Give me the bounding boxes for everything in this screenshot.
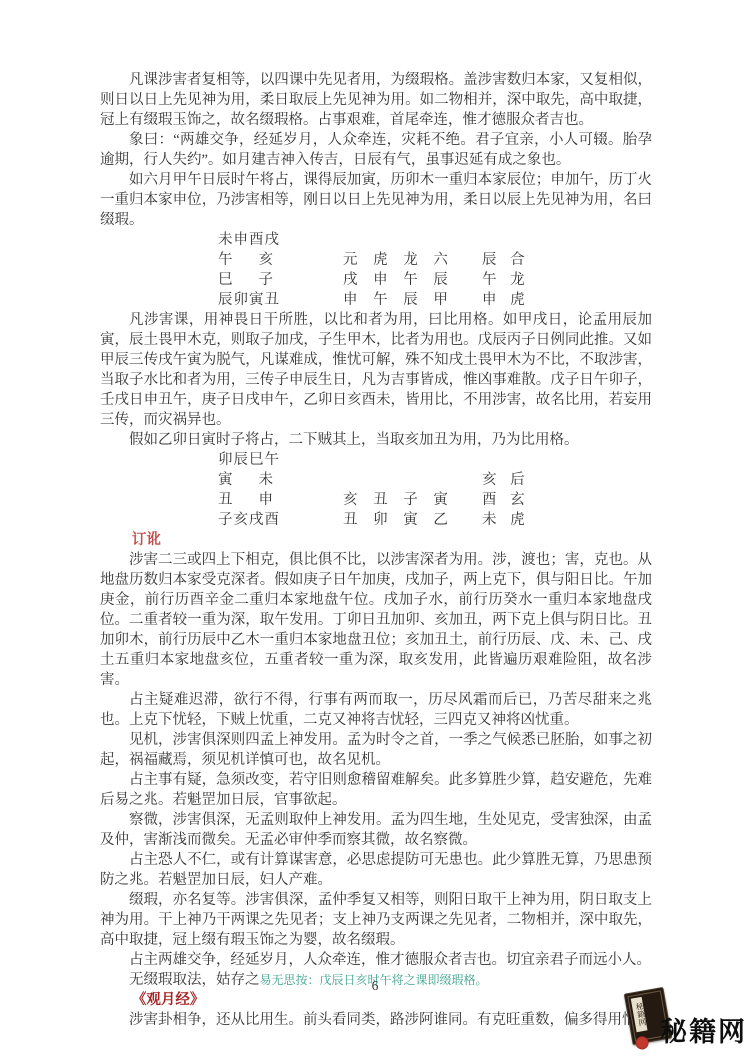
diagram2-cell: 亥 丑 子 寅 (343, 490, 482, 510)
diagram2-cell: 申 (259, 492, 275, 508)
liuren-diagram-2: 卯辰巳午 寅未 亥 后 丑申 亥 丑 子 寅 酉 玄 子亥戌酉 丑 卯 寅 乙 … (100, 450, 652, 530)
paragraph-zhan-liangxiong: 占主两雄交争，经延岁月，人众牵连，惟才德服众者吉也。切宜亲君子而远小人。 (100, 950, 652, 970)
paragraph-zhuixia-define: 缀瑕，亦名复等。涉害俱深，孟仲季复又相等，则阳日取干上神为用，阴日取支上神为用。… (100, 890, 652, 950)
diagram1-row-1: 午亥 元 虎 龙 六 辰 合 (100, 250, 652, 270)
watermark-brand-text: 秘籍网 (660, 1010, 747, 1049)
paragraph-zhan-yinan: 占主疑难迟滞，欲行不得，行事有两而取一，历尽风霜而后已，乃苦尽甜来之兆也。上克下… (100, 690, 652, 730)
paragraph-biyong: 凡涉害课，用神畏日干所胜，以比和者为用，曰比用格。如甲戌日，论孟用辰加寅，辰土畏… (100, 310, 652, 430)
diagram1-cell: 申 虎 (482, 290, 525, 310)
diagram1-row-3: 辰卯寅丑 申 午 辰 甲 申 虎 (100, 290, 652, 310)
diagram2-cell: 未 虎 (482, 510, 525, 530)
diagram1-cell: 子 (259, 272, 275, 288)
diagram2-cell: 丑 (218, 492, 234, 508)
paragraph-example-jiawu: 如六月甲午日辰时午将占，课得辰加寅，历卯木一重归本家辰位；申加午，历丁火一重归本… (100, 170, 652, 230)
diagram2-row-1: 寅未 亥 后 (100, 470, 652, 490)
document-page: 凡课涉害者复相等，以四课中先见者用，为缀瑕格。盖涉害数归本家，又复相似，则日以日… (0, 0, 750, 1060)
diagram2-row-2: 丑申 亥 丑 子 寅 酉 玄 (100, 490, 652, 510)
paragraph-shehai-explain: 涉害二三或四上下相克，俱比俱不比，以涉害深者为用。涉，渡也；害，克也。从地盘历数… (100, 550, 652, 690)
diagram1-cell: 亥 (259, 252, 275, 268)
diagram1-cell: 午 龙 (482, 270, 525, 290)
diagram2-cell: 酉 玄 (482, 490, 525, 510)
diagram1-cell: 午 (218, 252, 234, 268)
section-heading-dinge: 订讹 (100, 530, 652, 550)
paragraph-zhan-shiyouyi: 占主事有疑，急须改变，若守旧则愈稽留难解矣。此多算胜少算，趋安避危，先难后易之兆… (100, 770, 652, 810)
diagram1-cell: 申 午 辰 甲 (343, 290, 482, 310)
diagram1-top-row: 未申酉戌 (100, 230, 652, 250)
diagram2-top-row: 卯辰巳午 (100, 450, 652, 470)
paragraph-xiangyue: 象曰：“两雄交争，经延岁月，人众牵连，灾耗不绝。君子宜亲，小人可辍。胎孕逾期，行… (100, 130, 652, 170)
diagram1-top-branches: 未申酉戌 (218, 230, 343, 250)
page-content: 凡课涉害者复相等，以四课中先见者用，为缀瑕格。盖涉害数归本家，又复相似，则日以日… (100, 70, 652, 1030)
diagram1-cell: 戌 申 午 辰 (343, 270, 482, 290)
paragraph-jianji: 见机，涉害俱深则四孟上神发用。孟为时令之首，一季之气候悉已胚胎，如事之初起，祸福… (100, 730, 652, 770)
paragraph-example-yimao: 假如乙卯日寅时子将占，二下贼其上，当取亥加丑为用，乃为比用格。 (100, 430, 652, 450)
diagram2-top-branches: 卯辰巳午 (218, 450, 343, 470)
paragraph-zhan-kongren: 占主恐人不仁，或有计算谋害意，必思虑提防可无患也。此少算胜无算，乃思患预防之兆。… (100, 850, 652, 890)
paragraph-zhuixia-intro: 凡课涉害者复相等，以四课中先见者用，为缀瑕格。盖涉害数归本家，又复相似，则日以日… (100, 70, 652, 130)
diagram1-cell: 巳 (218, 272, 234, 288)
diagram2-cell: 丑 卯 寅 乙 (343, 510, 482, 530)
diagram1-row-2: 巳子 戌 申 午 辰 午 龙 (100, 270, 652, 290)
diagram1-cell: 元 虎 龙 六 (343, 250, 482, 270)
diagram2-cell: 未 (259, 472, 275, 488)
diagram2-row-3: 子亥戌酉 丑 卯 寅 乙 未 虎 (100, 510, 652, 530)
diagram1-cell: 辰 合 (482, 250, 525, 270)
diagram1-cell: 辰卯寅丑 (218, 292, 280, 308)
diagram2-cell: 亥 后 (482, 470, 525, 490)
paragraph-guanyuejing-verse: 涉害卦相争，还从比用生。前头看同类，路涉阿谁同。有克旺重数，偏多得用情。 (100, 1010, 652, 1030)
diagram2-cell: 子亥戌酉 (218, 512, 280, 528)
diagram2-cell: 寅 (218, 472, 234, 488)
paragraph-chawei: 察微，涉害俱深，无孟则取仲上神发用。孟为四生地，生处见克，受害独深，由孟及仲，害… (100, 810, 652, 850)
liuren-diagram-1: 未申酉戌 午亥 元 虎 龙 六 辰 合 巳子 戌 申 午 辰 午 龙 辰卯寅丑 … (100, 230, 652, 310)
mijiwang-watermark: 秘籍网 秘籍网 (622, 988, 746, 1054)
